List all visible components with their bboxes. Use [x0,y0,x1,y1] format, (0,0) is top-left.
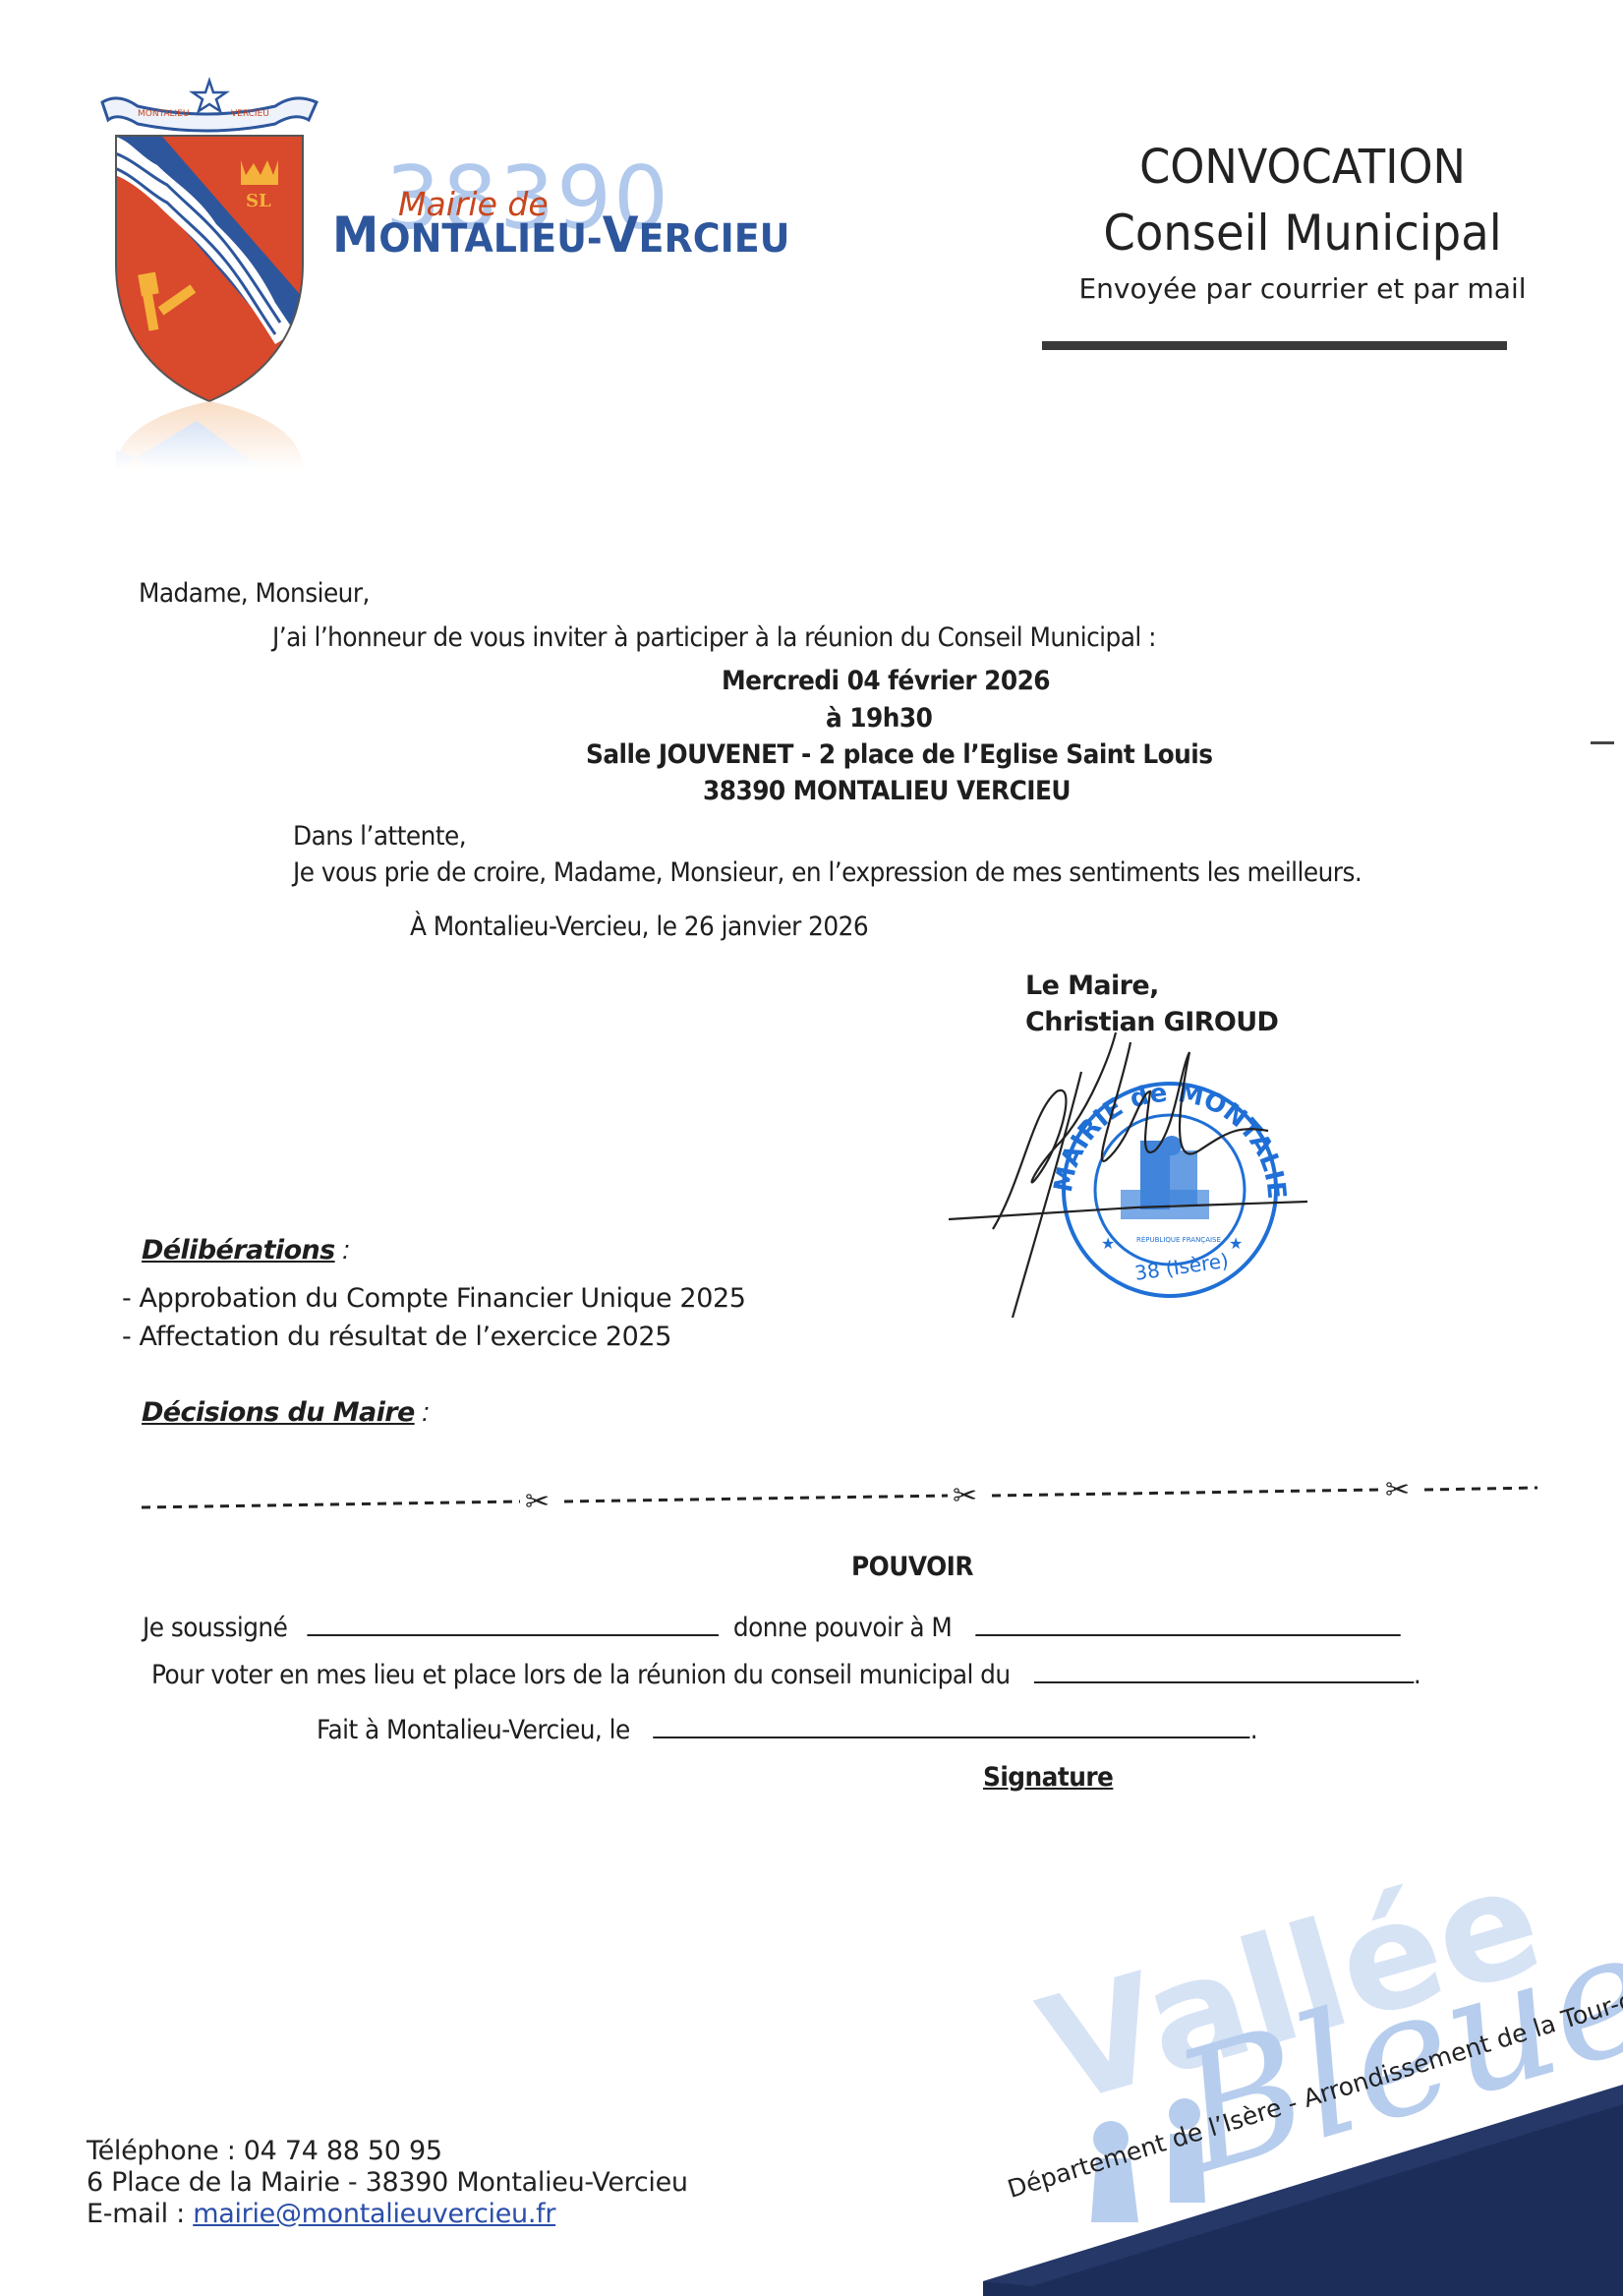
deliberation-item: - Approbation du Compte Financier Unique… [122,1283,746,1314]
proxy-line-1: Je soussigné donne pouvoir à M [143,1613,1401,1643]
scissors-icon: ✂ [1385,1478,1410,1506]
salutation: Madame, Monsieur, [139,578,370,609]
cut-line: ✂ ✂ ✂ [142,1478,1537,1517]
delivery-note: Envoyée par courrier et par mail [1062,272,1543,305]
closing-line-2: Je vous prie de croire, Madame, Monsieur… [293,857,1362,888]
mayor-decisions-heading: Décisions du Maire : [142,1397,430,1428]
footer-phone: Téléphone : 04 74 88 50 95 [87,2136,442,2166]
proxy-title: POUVOIR [851,1552,973,1582]
svg-text:MONTALIEU: MONTALIEU [138,109,189,119]
meeting-date-field[interactable] [1034,1660,1414,1683]
svg-text:VERCIEU: VERCIEU [231,109,269,119]
proxy-line-2: Pour voter en mes lieu et place lors de … [151,1660,1420,1690]
email-link[interactable]: mairie@montalieuvercieu.fr [193,2199,555,2229]
meeting-city: 38390 MONTALIEU VERCIEU [703,776,1071,806]
svg-text:★: ★ [1229,1236,1243,1253]
place-and-date: À Montalieu-Vercieu, le 26 janvier 2026 [410,912,868,942]
svg-text:★: ★ [1101,1236,1115,1253]
svg-text:38 (Isère): 38 (Isère) [1133,1249,1231,1285]
document-title: CONVOCATION [1078,140,1527,195]
svg-text:RÉPUBLIQUE FRANÇAISE: RÉPUBLIQUE FRANÇAISE [1136,1235,1221,1244]
proxy-line-3: Fait à Montalieu-Vercieu, le . [317,1715,1257,1745]
svg-text:MAIRIE de MONTALIEU-VERCIEU: MAIRIE de MONTALIEU-VERCIEU [944,1032,1291,1201]
document-subtitle: Conseil Municipal [1078,205,1527,262]
meeting-venue: Salle JOUVENET - 2 place de l’Eglise Sai… [586,739,1212,770]
closing-line-1: Dans l’attente, [293,821,466,852]
svg-text:SL: SL [246,191,271,211]
signing-date-field[interactable] [654,1715,1250,1738]
grantor-name-field[interactable] [308,1613,720,1636]
official-stamp: MAIRIE de MONTALIEU-VERCIEU 38 (Isère) R… [944,1032,1386,1337]
proxy-holder-name-field[interactable] [975,1613,1400,1636]
scissors-icon: ✂ [525,1486,550,1517]
vallee-bleue-logo: Vallée Bleue [973,1849,1623,2296]
meeting-date: Mercredi 04 février 2026 [722,666,1050,696]
town-crest-logo: MONTALIEU VERCIEU SL [98,77,324,470]
header-divider [1042,341,1507,350]
signatory-title: Le Maire, [1025,971,1159,1001]
fold-mark [1591,741,1614,744]
meeting-time: à 19h30 [826,703,932,734]
town-name: MONTALIEU-VERCIEU [332,206,790,264]
deliberation-item: - Affectation du résultat de l’exercice … [122,1322,671,1352]
invitation-intro: J’ai l’honneur de vous inviter à partici… [272,622,1156,653]
signature-label: Signature [983,1762,1113,1793]
footer-email-line: E-mail : mairie@montalieuvercieu.fr [87,2199,555,2229]
footer-address: 6 Place de la Mairie - 38390 Montalieu-V… [87,2167,688,2198]
scissors-icon: ✂ [953,1480,977,1512]
deliberations-heading: Délibérations : [142,1235,350,1266]
